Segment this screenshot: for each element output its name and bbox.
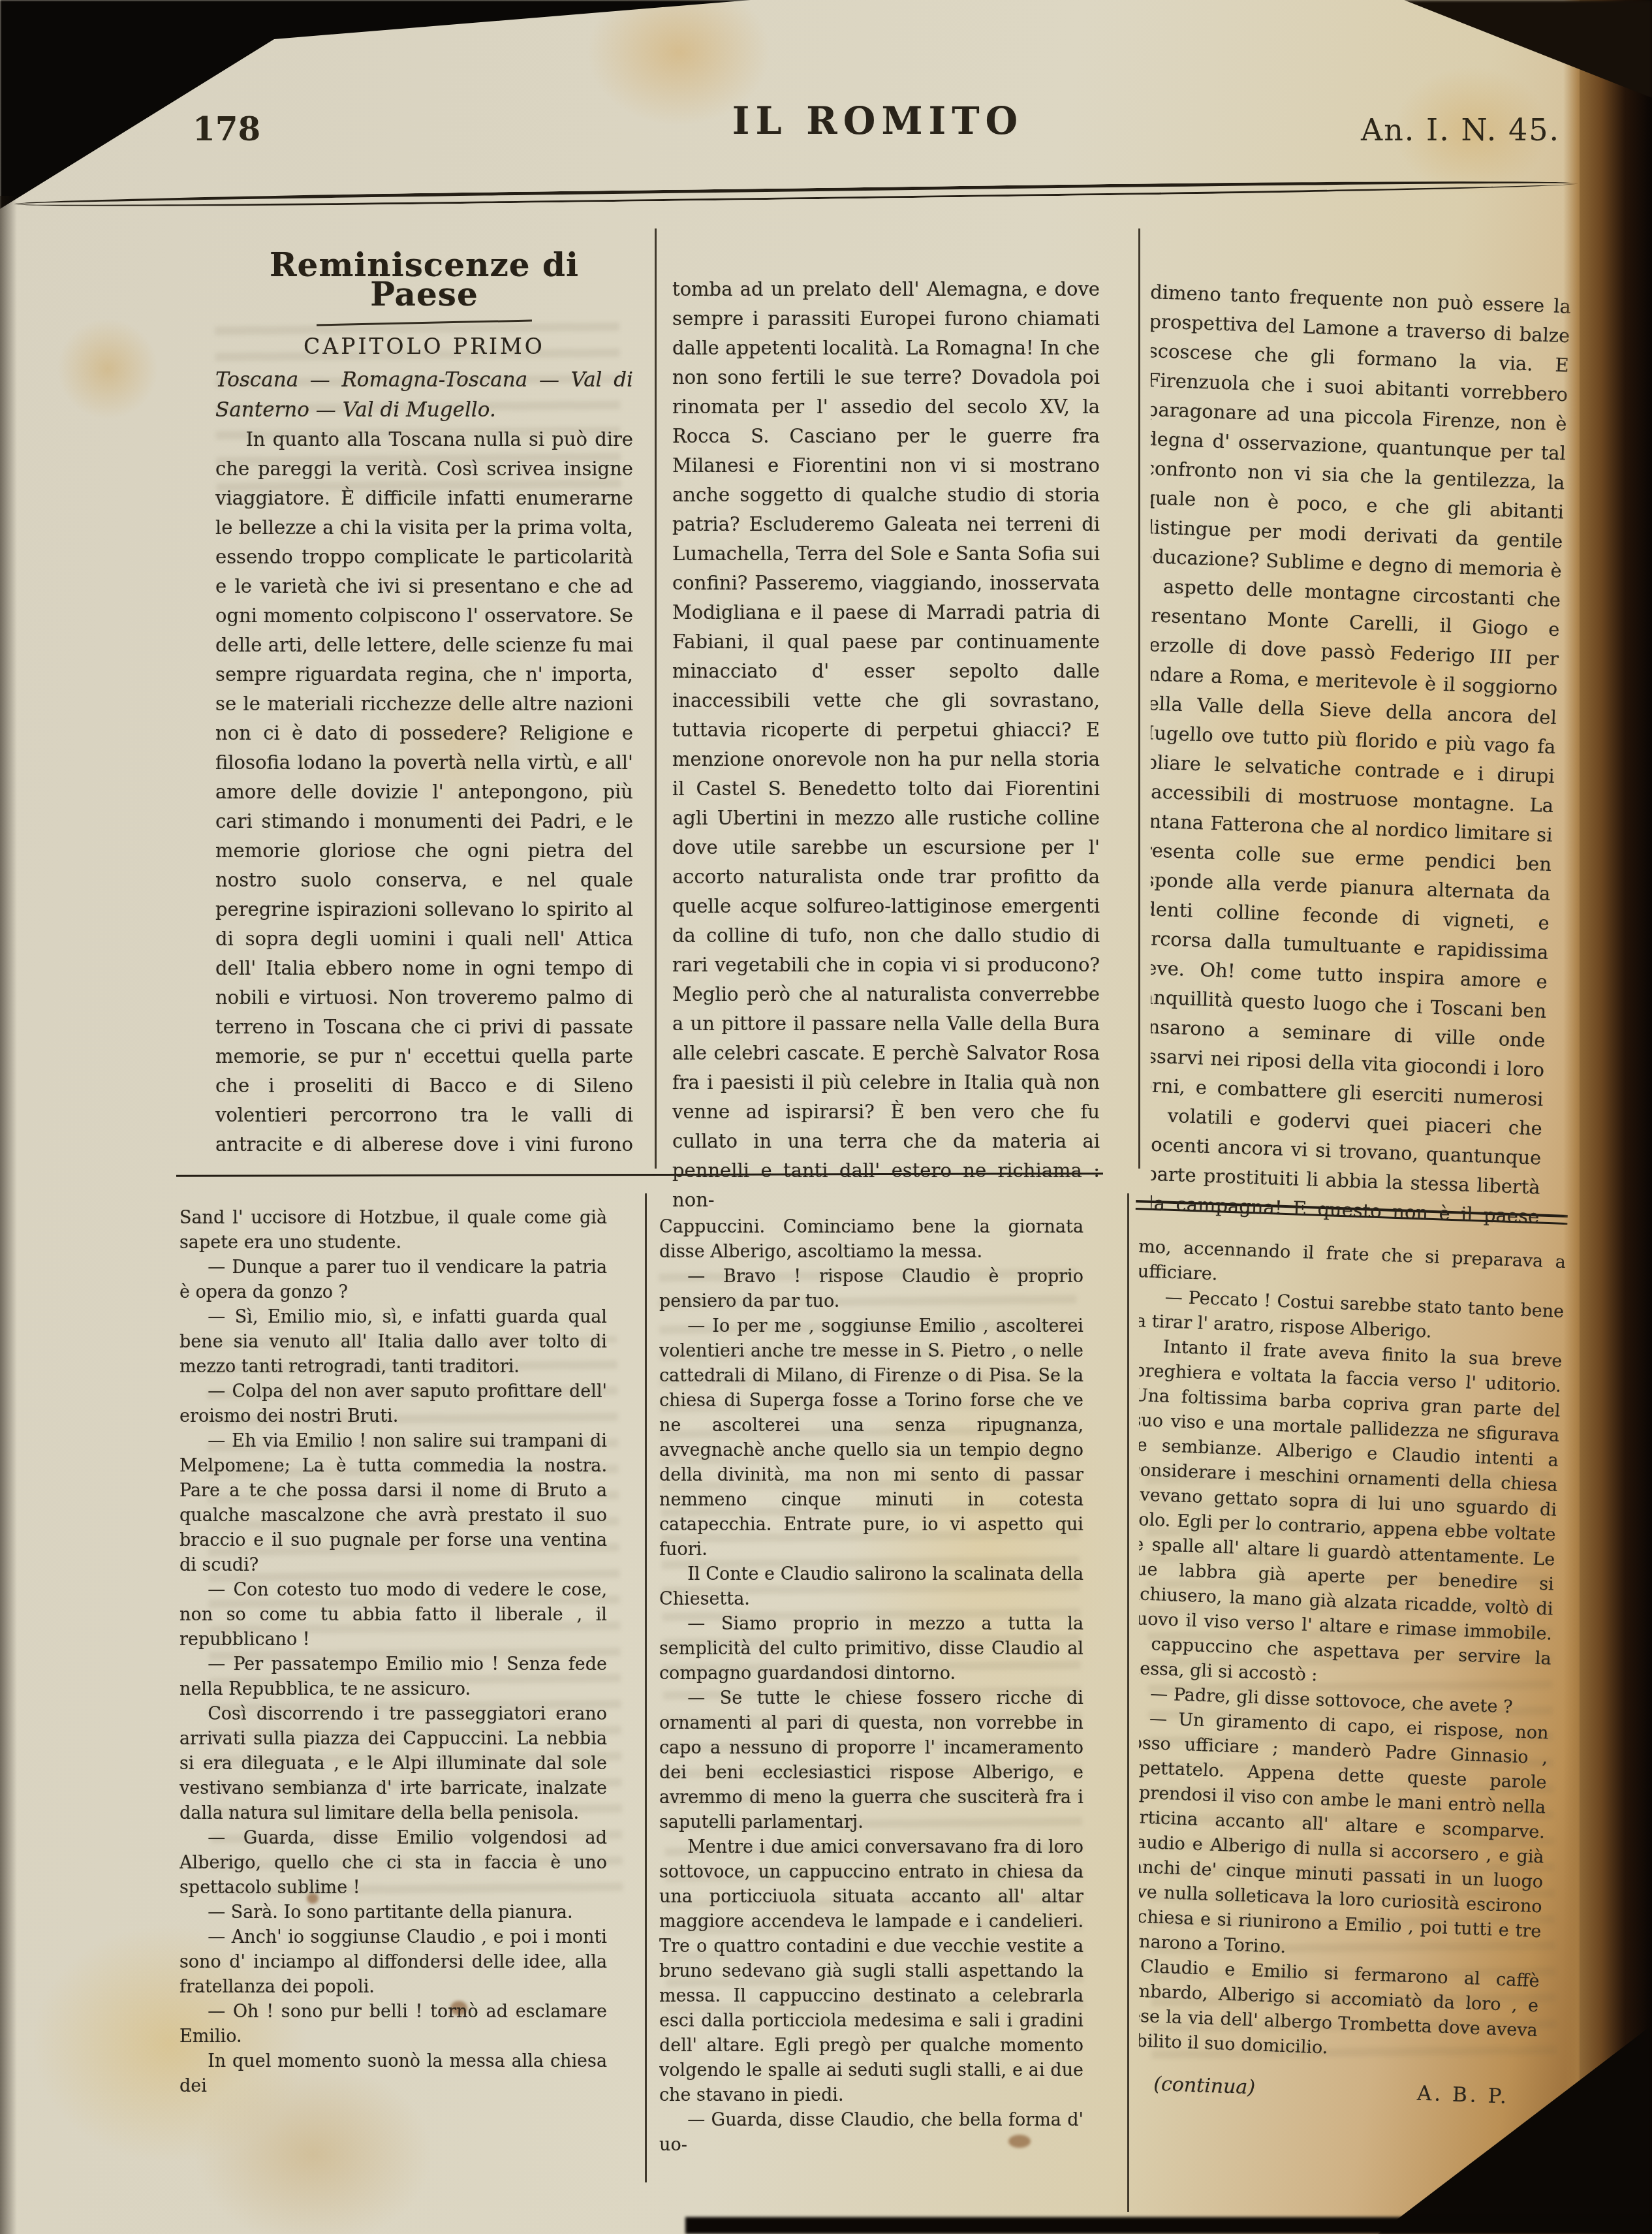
paragraph: In quanto alla Toscana nulla si può dire…: [215, 425, 633, 1159]
column-divider: [655, 228, 657, 1169]
paragraph: Il Conte e Claudio salirono la scalinata…: [659, 1562, 1083, 1612]
page-number: 178: [193, 110, 260, 148]
article-text: tomba ad un prelato dell' Alemagna, e do…: [672, 275, 1100, 1215]
paragraph: dimeno tanto frequente non può essere la…: [1151, 277, 1572, 1231]
column-divider: [645, 1193, 647, 2182]
paragraph: Intanto il frate aveva finito la sua bre…: [1139, 1334, 1563, 1697]
paragraph: Cappuccini. Cominciamo bene la giornata …: [659, 1215, 1083, 1265]
article-subtitle: Toscana — Romagna-Toscana — Val di Sante…: [215, 365, 633, 425]
paragraph: — Bravo ! rispose Claudio è proprio pens…: [659, 1265, 1083, 1314]
column-divider: [1138, 228, 1140, 1169]
paragraph: — Sarà. Io sono partitante della pianura…: [179, 1900, 607, 1925]
article-text: dimeno tanto frequente non può essere la…: [1151, 277, 1572, 1231]
paragraph: — Sì, Emilio mio, sì, e infatti guarda q…: [179, 1305, 607, 1379]
paragraph: — Con cotesto tuo modo di vedere le cose…: [179, 1578, 607, 1652]
scanned-photo: 178 IL ROMITO An. I. N. 45. Reminiscenze…: [0, 0, 1652, 2234]
paragraph: — Un giramento di capo, ei rispose, non …: [1139, 1706, 1549, 1970]
paragraph: — Eh via Emilio ! non salire sui trampan…: [179, 1429, 607, 1578]
newspaper-page: 178 IL ROMITO An. I. N. 45. Reminiscenze…: [0, 0, 1580, 2234]
paragraph: Mentre i due amici conversavano fra di l…: [659, 1835, 1083, 2108]
feuilleton-text: Sand l' uccisore di Hotzbue, il quale co…: [179, 1206, 607, 2099]
paragraph: — Se tutte le chiese fossero ricche di o…: [659, 1686, 1083, 1835]
paragraph: tomba ad un prelato dell' Alemagna, e do…: [672, 275, 1100, 1215]
chapter-heading: CAPITOLO PRIMO: [215, 332, 633, 361]
author-initials: A. B. P.: [1416, 2081, 1509, 2109]
masthead-title: IL ROMITO: [715, 99, 1041, 143]
article-column-2: tomba ad un prelato dell' Alemagna, e do…: [672, 225, 1100, 1223]
feuilleton-text: Cappuccini. Cominciamo bene la giornata …: [659, 1215, 1083, 2158]
feuilleton-text: mo, accennando il frate che si preparava…: [1139, 1235, 1566, 2068]
paragraph: Così discorrendo i tre passeggiatori era…: [179, 1702, 607, 1826]
photo-edge-bottom: [685, 2217, 1652, 2234]
paragraph: — Oh ! sono pur belli ! tornò ad esclama…: [179, 2000, 607, 2049]
continua-note: (continua): [1153, 2072, 1256, 2101]
article-column-3: dimeno tanto frequente non può essere la…: [1151, 225, 1572, 1231]
paragraph: — Per passatempo Emilio mio ! Senza fede…: [179, 1652, 607, 1702]
paragraph: — Guarda, disse Claudio, che bella forma…: [659, 2108, 1083, 2158]
paragraph: — Io per me , soggiunse Emilio , ascolte…: [659, 1314, 1083, 1562]
feuilleton-column-3: mo, accennando il frate che si preparava…: [1139, 1198, 1566, 2230]
paragraph: — Dunque a parer tuo il vendicare la pat…: [179, 1255, 607, 1305]
paragraph: In quel momento suonò la messa alla chie…: [179, 2049, 607, 2099]
article-text: In quanto alla Toscana nulla si può dire…: [215, 425, 633, 1159]
paragraph: — Guarda, disse Emilio volgendosi ad Alb…: [179, 1826, 607, 1900]
photo-edge-left: [0, 196, 17, 2234]
paragraph: — Siamo proprio in mezzo a tutta la semp…: [659, 1612, 1083, 1686]
feuilleton-column-1: Sand l' uccisore di Hotzbue, il quale co…: [179, 1198, 607, 2188]
column-divider: [1127, 1193, 1129, 2212]
paragraph: Sand l' uccisore di Hotzbue, il quale co…: [179, 1206, 607, 1255]
masthead-rule: [14, 178, 1578, 210]
signature-row: (continua) A. B. P.: [1139, 2069, 1536, 2111]
article-title: Reminiscenze di Paese: [215, 250, 633, 309]
issue-number: An. I. N. 45.: [1361, 112, 1560, 148]
title-rule: [317, 320, 532, 326]
paragraph: Claudio e Emilio si fermarono al caffè L…: [1139, 1953, 1540, 2068]
paragraph: — Colpa del non aver saputo profittare d…: [179, 1379, 607, 1429]
article-column-1: Reminiscenze di Paese CAPITOLO PRIMO Tos…: [215, 225, 633, 1198]
feuilleton-column-2: Cappuccini. Cominciamo bene la giornata …: [659, 1198, 1083, 2197]
paragraph: — Anch' io soggiunse Claudio , e poi i m…: [179, 1925, 607, 2000]
book-gutter-edge: [1563, 0, 1652, 2234]
